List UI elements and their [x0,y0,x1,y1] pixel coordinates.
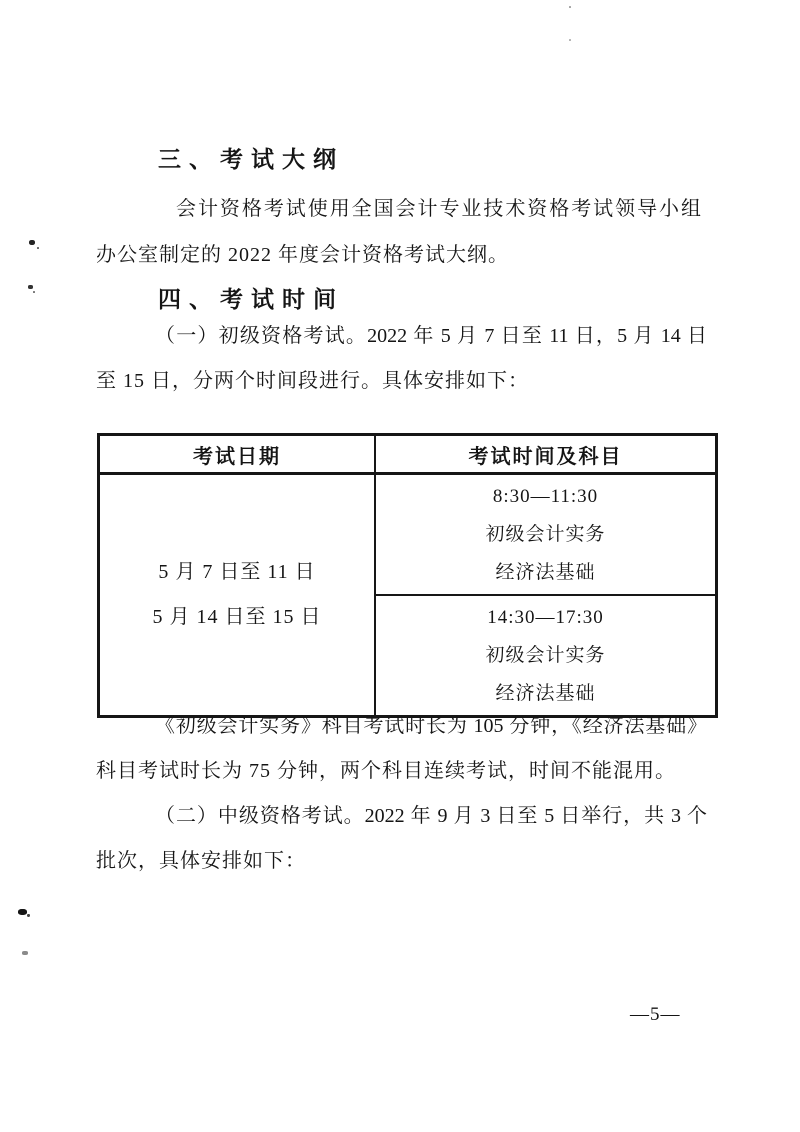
session-subject: 初级会计实务 [376,637,715,675]
table-header-row: 考试日期 考试时间及科目 [99,435,717,474]
scan-artifact [569,6,571,8]
morning-session-cell: 8:30—11:30 初级会计实务 经济法基础 [375,474,717,596]
table-row: 5 月 7 日至 11 日 5 月 14 日至 15 日 8:30—11:30 … [99,474,717,596]
scan-artifact [37,247,39,249]
table-header-exam-date: 考试日期 [99,435,376,474]
scan-artifact [22,951,28,955]
scan-artifact [33,291,35,293]
paragraph-line: 办公室制定的 2022 年度会计资格考试大纲。 [96,240,509,270]
exam-date-line: 5 月 14 日至 15 日 [100,595,374,640]
paragraph-line: 《初级会计实务》科目考试时长为 105 分钟，《经济法基础》 [155,711,707,741]
session-subject: 经济法基础 [376,675,715,713]
paragraph-line: （一）初级资格考试。2022 年 5 月 7 日至 11 日，5 月 14 日 [155,321,707,351]
session-time: 14:30—17:30 [376,599,715,637]
session-subject: 经济法基础 [376,554,715,592]
scan-artifact [569,39,571,41]
afternoon-session-cell: 14:30—17:30 初级会计实务 经济法基础 [375,595,717,717]
page-number: —5— [630,1004,681,1026]
paragraph-line: 批次，具体安排如下： [96,846,306,876]
session-time: 8:30—11:30 [376,478,715,516]
paragraph-line: 科目考试时长为 75 分钟，两个科目连续考试，时间不能混用。 [96,756,676,786]
exam-date-line: 5 月 7 日至 11 日 [100,550,374,595]
exam-schedule-table: 考试日期 考试时间及科目 5 月 7 日至 11 日 5 月 14 日至 15 … [97,433,718,718]
scan-artifact [28,285,33,289]
scan-artifact [29,240,35,245]
scan-artifact [18,909,27,915]
exam-date-cell: 5 月 7 日至 11 日 5 月 14 日至 15 日 [99,474,376,717]
section-heading-exam-time: 四、考试时间 [158,284,344,314]
scan-artifact [27,914,30,917]
paragraph-line: 会计资格考试使用全国会计专业技术资格考试领导小组 [176,194,701,224]
section-heading-outline: 三、考试大纲 [158,144,344,174]
document-page: 三、考试大纲 会计资格考试使用全国会计专业技术资格考试领导小组 办公室制定的 2… [0,0,800,1132]
session-subject: 初级会计实务 [376,516,715,554]
paragraph-line: 至 15 日，分两个时间段进行。具体安排如下： [96,366,529,396]
paragraph-line: （二）中级资格考试。2022 年 9 月 3 日至 5 日举行，共 3 个 [155,801,707,831]
table-header-time-subject: 考试时间及科目 [375,435,717,474]
